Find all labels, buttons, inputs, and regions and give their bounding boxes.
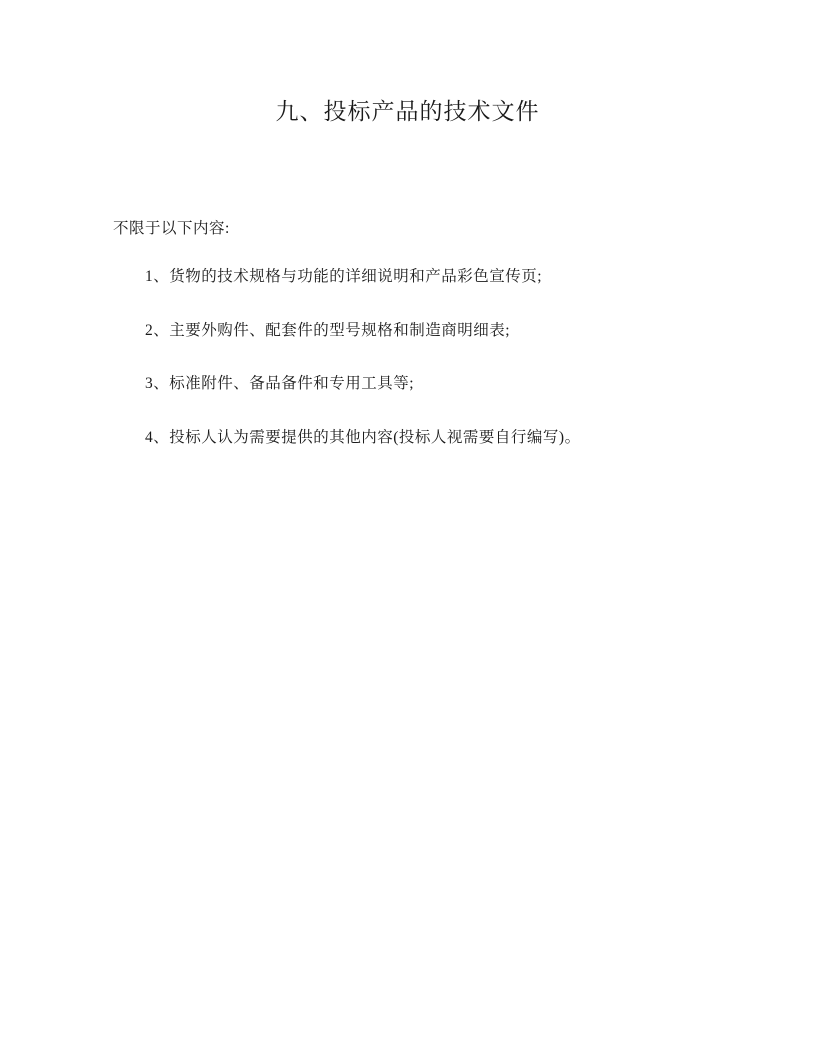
- document-page: 九、投标产品的技术文件 不限于以下内容: 1、货物的技术规格与功能的详细说明和产…: [0, 0, 815, 1055]
- list-item: 2、主要外购件、配套件的型号规格和制造商明细表;: [145, 318, 510, 340]
- list-item: 3、标准附件、备品备件和专用工具等;: [145, 371, 414, 393]
- list-item: 1、货物的技术规格与功能的详细说明和产品彩色宣传页;: [145, 264, 542, 286]
- page-title: 九、投标产品的技术文件: [0, 93, 815, 126]
- list-item: 4、投标人认为需要提供的其他内容(投标人视需要自行编写)。: [145, 425, 581, 447]
- intro-text: 不限于以下内容:: [113, 216, 230, 238]
